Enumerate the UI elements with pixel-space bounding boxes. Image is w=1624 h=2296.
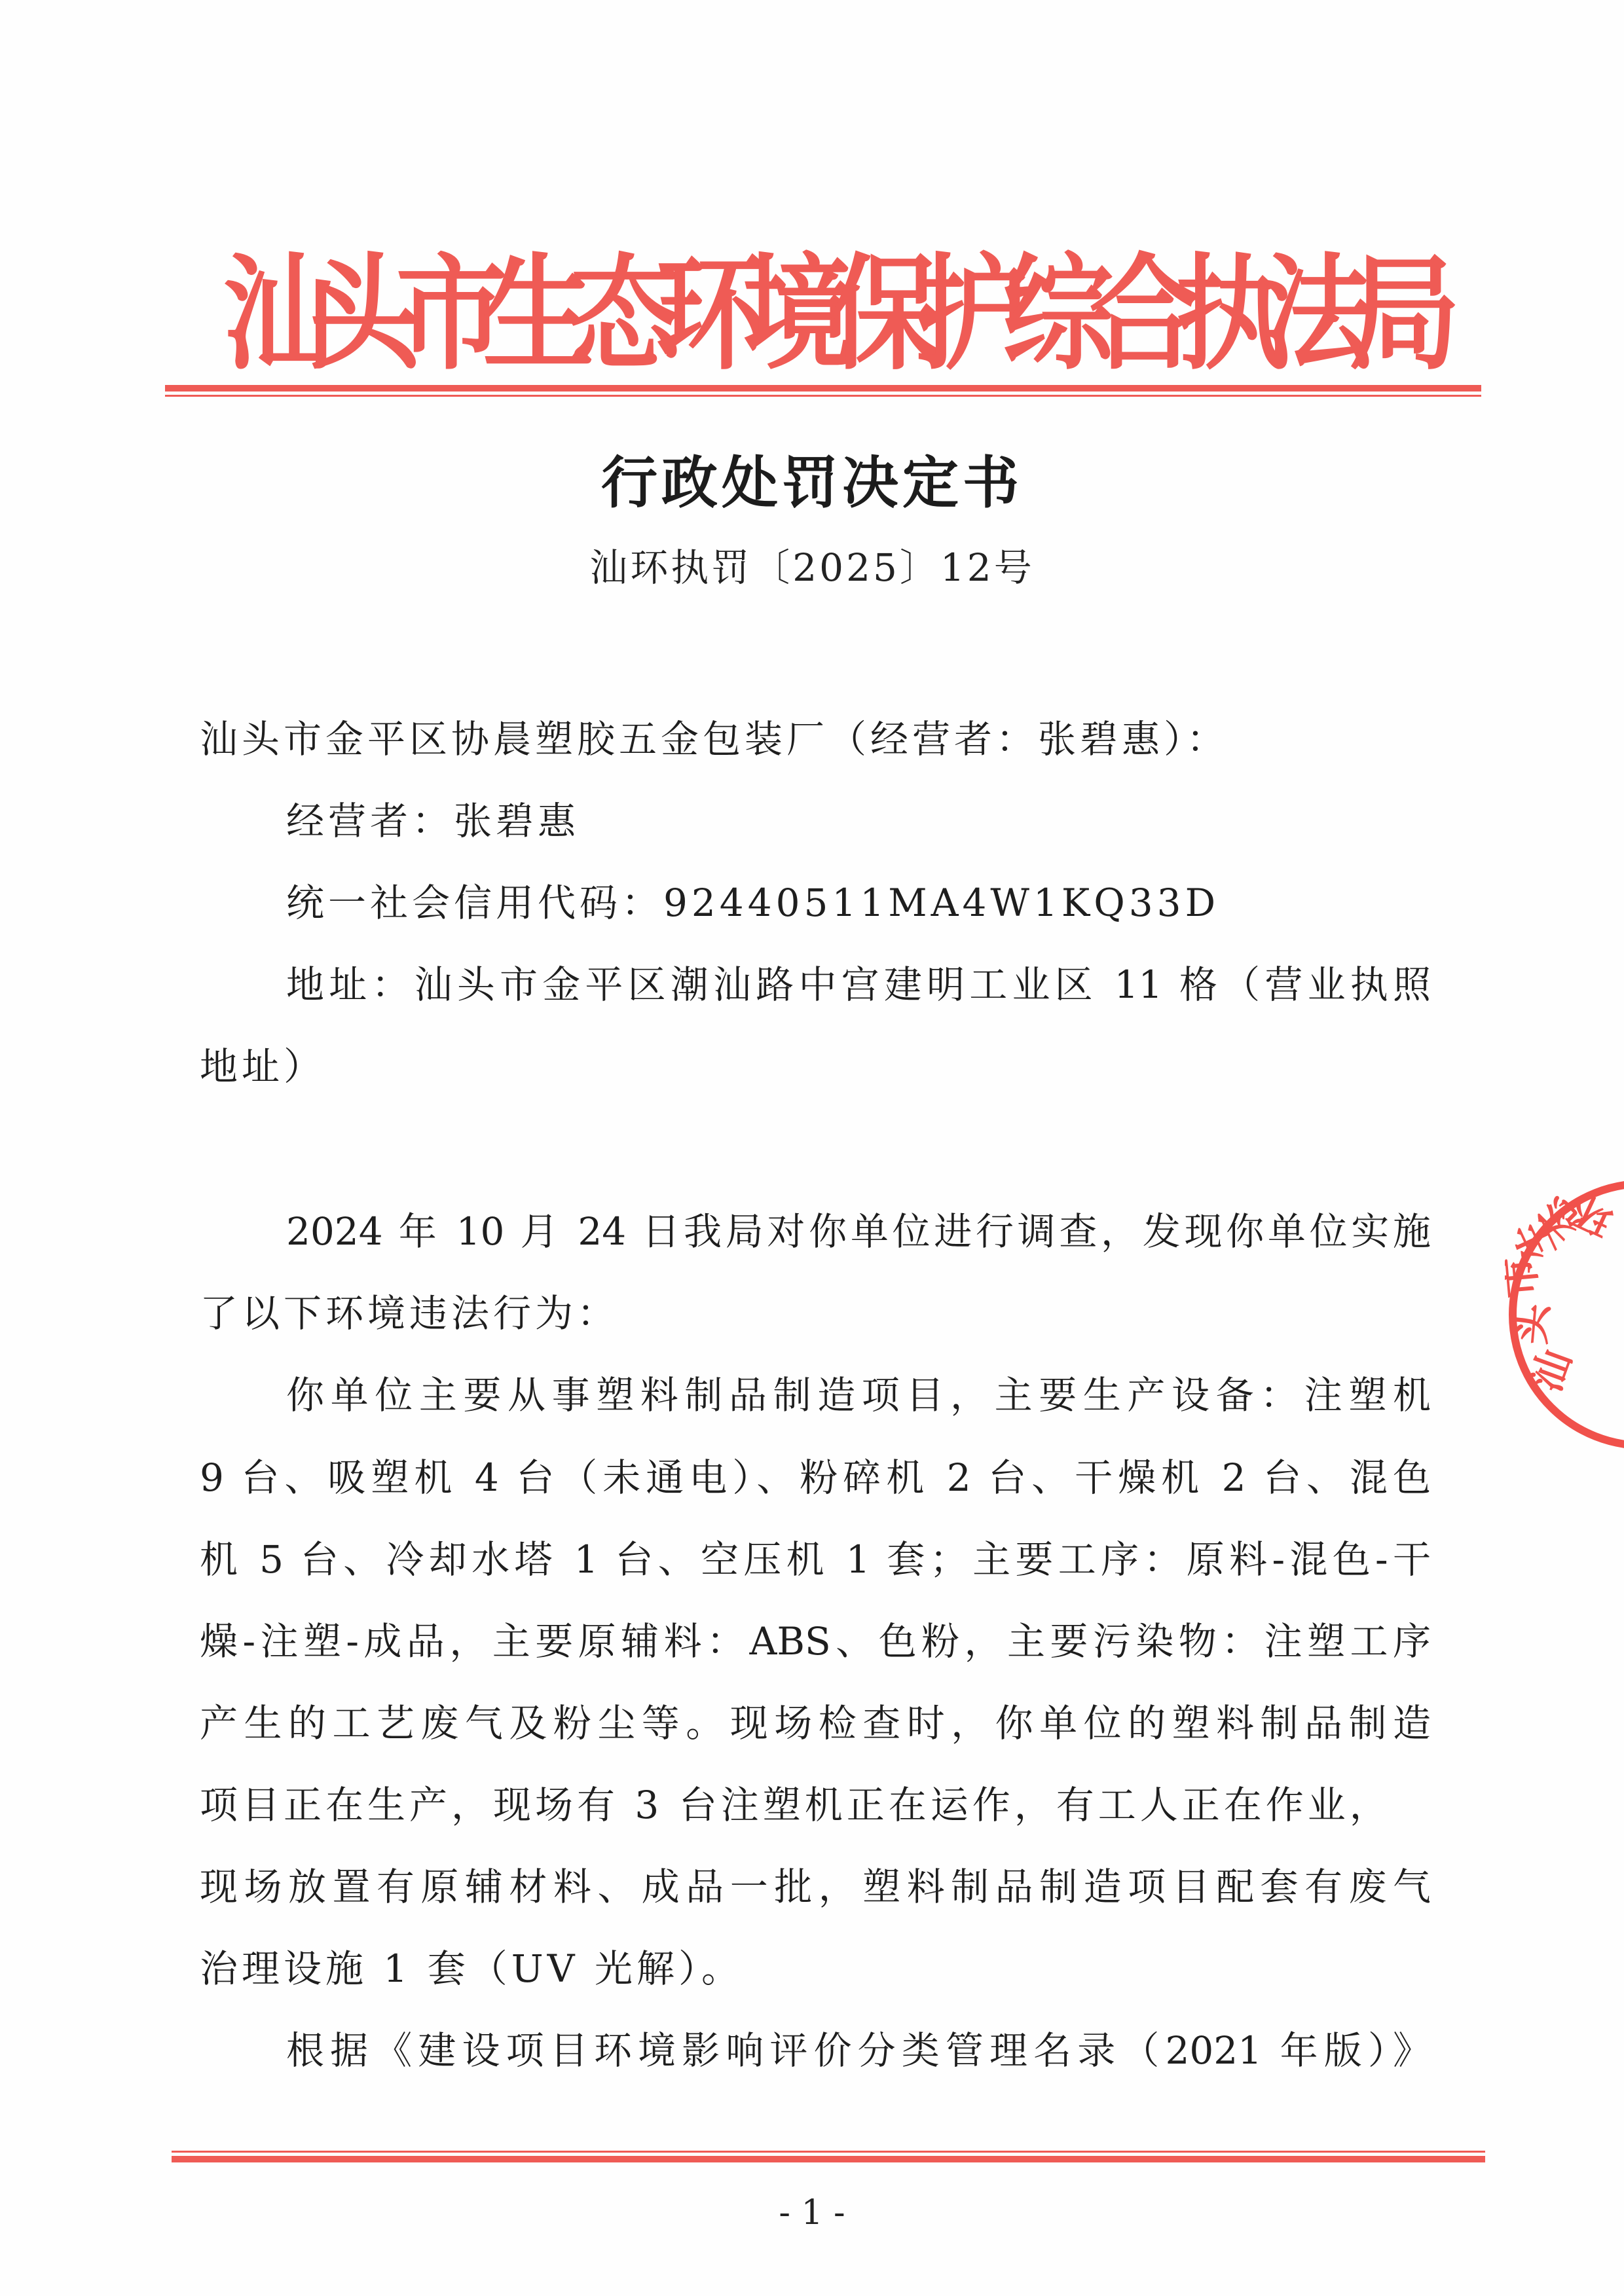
masthead-char: 境 — [743, 237, 828, 391]
body-line: 项目正在生产，现场有 3 台注塑机正在运作，有工人正在作业， — [200, 1782, 1431, 1828]
official-seal-stamp: 汕 头 市 生 态 环 — [1505, 1178, 1624, 1448]
operator-line: 经营者：张碧惠 — [286, 798, 1431, 844]
svg-text:头: 头 — [1506, 1301, 1557, 1346]
body-line: 根据《建设项目环境影响评价分类管理名录（2021 年版）》 — [286, 2028, 1431, 2073]
footer-rule-thin — [172, 2151, 1485, 2153]
masthead-char: 态 — [569, 237, 654, 391]
masthead-char: 法 — [1263, 237, 1348, 391]
address-line: 地址：汕头市金平区潮汕路中宫建明工业区 11 格（营业执照 — [286, 962, 1431, 1008]
body-line: 燥-注塑-成品，主要原辅料：ABS、色粉，主要污染物：注塑工序 — [200, 1618, 1431, 1664]
masthead-char: 执 — [1175, 237, 1261, 391]
masthead-char: 综 — [1003, 237, 1088, 391]
header-rule-thin — [165, 395, 1481, 397]
body-line: 现场放置有原辅材料、成品一批，塑料制品制造项目配套有废气 — [200, 1864, 1431, 1910]
document-number: 汕环执罚〔2025〕12号 — [0, 545, 1624, 591]
issuing-authority-masthead: 汕 头 市 生 态 环 境 保 护 综 合 执 法 局 — [223, 237, 1434, 391]
body-line: 治理设施 1 套（UV 光解）。 — [200, 1946, 1431, 1992]
masthead-char: 汕 — [223, 237, 308, 391]
body-line: 你单位主要从事塑料制品制造项目，主要生产设备：注塑机 — [286, 1372, 1431, 1418]
masthead-char: 局 — [1349, 237, 1434, 391]
body-line: 产生的工艺废气及粉尘等。现场检查时，你单位的塑料制品制造 — [200, 1700, 1431, 1746]
masthead-char: 护 — [915, 237, 1001, 391]
svg-text:汕: 汕 — [1521, 1343, 1580, 1398]
document-title: 行政处罚决定书 — [0, 450, 1624, 516]
credit-code-line: 统一社会信用代码：92440511MA4W1KQ33D — [286, 880, 1431, 926]
masthead-char: 保 — [829, 237, 914, 391]
footer-rule-thick — [172, 2156, 1485, 2162]
body-line: 了以下环境违法行为： — [200, 1290, 1431, 1336]
masthead-char: 生 — [483, 237, 568, 391]
page-number: - 1 - — [0, 2193, 1624, 2232]
document-page: 汕 头 市 生 态 环 境 保 护 综 合 执 法 局 行政处罚决定书 汕环执罚… — [0, 0, 1624, 2296]
body-line: 2024 年 10 月 24 日我局对你单位进行调查，发现你单位实施 — [286, 1209, 1431, 1254]
address-line-continued: 地址） — [200, 1044, 1431, 1089]
masthead-char: 头 — [309, 237, 394, 391]
body-line: 机 5 台、冷却水塔 1 台、空压机 1 套；主要工序：原料-混色-干 — [200, 1537, 1431, 1582]
header-rule-thick — [165, 385, 1481, 392]
masthead-char: 合 — [1089, 237, 1174, 391]
recipient-line: 汕头市金平区协晨塑胶五金包装厂（经营者：张碧惠）： — [200, 716, 1431, 762]
body-line: 9 台、吸塑机 4 台（未通电）、粉碎机 2 台、干燥机 2 台、混色 — [200, 1455, 1431, 1501]
masthead-char: 市 — [396, 237, 481, 391]
masthead-char: 环 — [655, 237, 741, 391]
seal-icon: 汕 头 市 生 态 环 — [1505, 1178, 1624, 1448]
